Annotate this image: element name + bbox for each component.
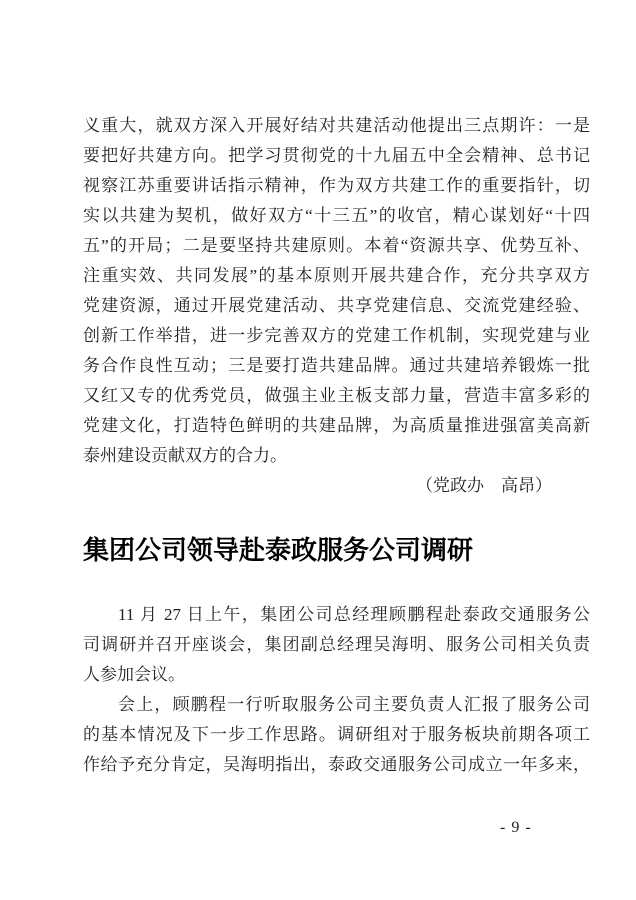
byline: （党政办 高昂） bbox=[83, 471, 590, 501]
article-title: 集团公司领导赴泰政服务公司调研 bbox=[83, 527, 590, 573]
text-line: 司调研并召开座谈会，集团副总经理吴海明、服务公司相关负责 bbox=[83, 630, 590, 660]
text-line: 会上，顾鹏程一行听取服务公司主要负责人汇报了服务公司 bbox=[83, 690, 590, 720]
document-page: 义重大，就双方深入开展好结对共建活动他提出三点期许：一是要把好共建方向。把学习贯… bbox=[0, 0, 636, 900]
text-line: 注重实效、共同发展”的基本原则开展共建合作，充分共享双方 bbox=[83, 261, 590, 291]
text-line: 务合作良性互动；三是要打造共建品牌。通过共建培养锻炼一批 bbox=[83, 351, 590, 381]
text-line: 党建文化，打造特色鲜明的共建品牌，为高质量推进强富美高新 bbox=[83, 411, 590, 441]
page-content: 义重大，就双方深入开展好结对共建活动他提出三点期许：一是要把好共建方向。把学习贯… bbox=[83, 111, 590, 780]
page-number: - 9 - bbox=[500, 817, 532, 839]
text-line: 人参加会议。 bbox=[83, 660, 590, 690]
text-line: 泰州建设贡献双方的合力。 bbox=[83, 441, 590, 471]
text-line: 视察江苏重要讲话指示精神，作为双方共建工作的重要指针，切 bbox=[83, 171, 590, 201]
text-line: 又红又专的优秀党员，做强主业主板支部力量，营造丰富多彩的 bbox=[83, 381, 590, 411]
body-paragraph-2: 11 月 27 日上午，集团公司总经理顾鹏程赴泰政交通服务公司调研并召开座谈会，… bbox=[83, 600, 590, 690]
text-line: 创新工作举措，进一步完善双方的党建工作机制，实现党建与业 bbox=[83, 321, 590, 351]
body-paragraph-3: 会上，顾鹏程一行听取服务公司主要负责人汇报了服务公司的基本情况及下一步工作思路。… bbox=[83, 690, 590, 780]
text-line: 义重大，就双方深入开展好结对共建活动他提出三点期许：一是 bbox=[83, 111, 590, 141]
text-line: 党建资源，通过开展党建活动、共享党建信息、交流党建经验、 bbox=[83, 291, 590, 321]
text-line: 作给予充分肯定，吴海明指出，泰政交通服务公司成立一年多来， bbox=[83, 750, 590, 780]
text-line: 五”的开局；二是要坚持共建原则。本着“资源共享、优势互补、 bbox=[83, 231, 590, 261]
text-line: 11 月 27 日上午，集团公司总经理顾鹏程赴泰政交通服务公 bbox=[83, 600, 590, 630]
text-line: 的基本情况及下一步工作思路。调研组对于服务板块前期各项工 bbox=[83, 720, 590, 750]
text-line: 要把好共建方向。把学习贯彻党的十九届五中全会精神、总书记 bbox=[83, 141, 590, 171]
text-line: 实以共建为契机，做好双方“十三五”的收官，精心谋划好“十四 bbox=[83, 201, 590, 231]
body-paragraph-1: 义重大，就双方深入开展好结对共建活动他提出三点期许：一是要把好共建方向。把学习贯… bbox=[83, 111, 590, 471]
